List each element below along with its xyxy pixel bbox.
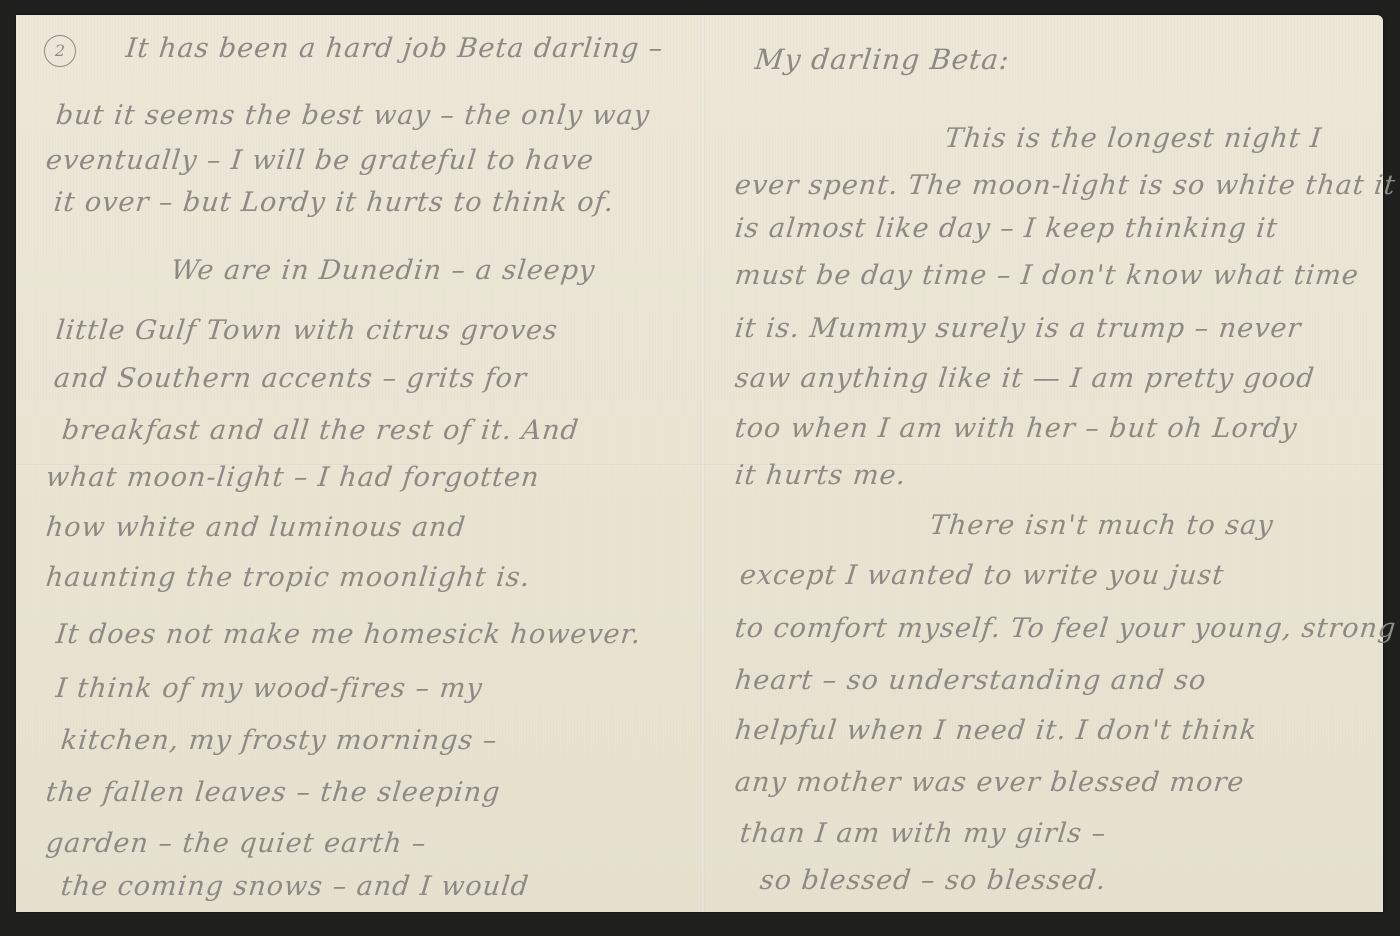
letter-line: it over – but Lordy it hurts to think of…: [52, 187, 616, 218]
letter-sheet: 2 It has been a hard job Beta darling – …: [16, 15, 1383, 912]
letter-line: the fallen leaves – the sleeping: [44, 777, 502, 808]
letter-line: than I am with my girls –: [738, 818, 1108, 849]
letter-line: it hurts me.: [733, 460, 907, 491]
letter-line: ever spent. The moon-light is so white t…: [733, 170, 1397, 201]
letter-line: the coming snows – and I would: [59, 871, 530, 902]
letter-line: but it seems the best way – the only way: [54, 100, 651, 131]
letter-line: and Southern accents – grits for: [52, 363, 528, 394]
letter-line: heart – so understanding and so: [733, 665, 1208, 696]
letter-line: it is. Mummy surely is a trump – never: [733, 313, 1303, 344]
letter-line: must be day time – I don't know what tim…: [733, 260, 1360, 291]
page-number-badge: 2: [44, 35, 76, 67]
salutation: My darling Beta:: [753, 43, 1011, 76]
letter-line: saw anything like it — I am pretty good: [733, 363, 1316, 394]
letter-line: I think of my wood-fires – my: [54, 673, 484, 704]
letter-line: how white and luminous and: [44, 512, 467, 543]
letter-line: except I wanted to write you just: [738, 560, 1226, 591]
right-page: My darling Beta: This is the longest nig…: [705, 15, 1383, 912]
letter-line: breakfast and all the rest of it. And: [60, 415, 580, 446]
letter-line: any mother was ever blessed more: [733, 767, 1246, 798]
letter-line: kitchen, my frosty mornings –: [59, 725, 499, 756]
letter-line: It has been a hard job Beta darling –: [124, 33, 665, 64]
letter-line: helpful when I need it. I don't think: [733, 715, 1258, 746]
letter-line: is almost like day – I keep thinking it: [733, 213, 1279, 244]
letter-line: too when I am with her – but oh Lordy: [733, 413, 1299, 444]
letter-line: We are in Dunedin – a sleepy: [169, 255, 597, 286]
letter-line: There isn't much to say: [928, 510, 1275, 541]
left-page: 2 It has been a hard job Beta darling – …: [16, 15, 701, 912]
letter-line: garden – the quiet earth –: [44, 828, 428, 859]
letter-line: It does not make me homesick however.: [54, 619, 642, 650]
letter-line: haunting the tropic moonlight is.: [44, 562, 532, 593]
letter-line: This is the longest night I: [943, 123, 1323, 154]
letter-line: eventually – I will be grateful to have: [44, 145, 595, 176]
letter-line: to comfort myself. To feel your young, s…: [733, 613, 1398, 644]
letter-line: little Gulf Town with citrus groves: [54, 315, 559, 346]
letter-line: so blessed – so blessed.: [758, 865, 1108, 896]
letter-line: what moon-light – I had forgotten: [44, 462, 541, 493]
